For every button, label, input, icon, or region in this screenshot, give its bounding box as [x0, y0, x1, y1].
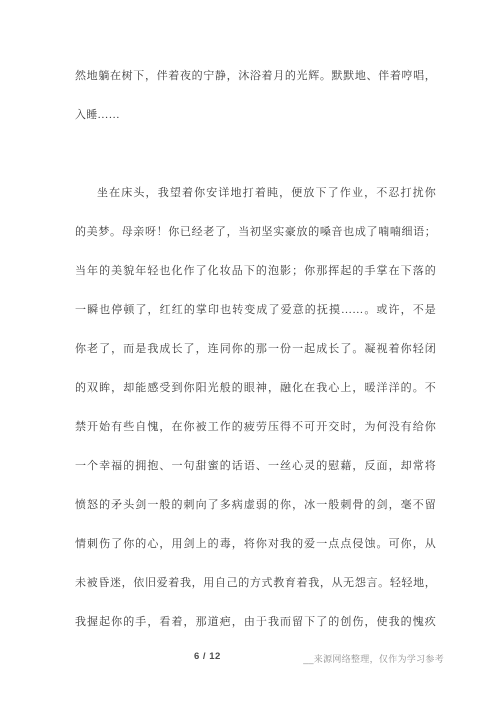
page-number: 6 / 12	[194, 651, 221, 662]
text-line: 的双眸，却能感受到你阳光般的眼神，融化在我心上，暖洋洋的。不	[75, 369, 436, 408]
text-line: 的美梦。母亲呀！你已经老了，当初坚实豪放的嗓音也成了喃喃细语；	[75, 213, 436, 252]
text-line: 愤怒的矛头剑一般的刺向了多病虚弱的你，冰一般刺骨的剑，毫不留	[75, 486, 436, 525]
text-line: 入睡……	[75, 96, 436, 135]
text-line: 当年的美貌年轻也化作了化妆品下的泡影；你那挥起的手掌在下落的	[75, 252, 436, 291]
text-line: 一个幸福的拥抱、一句甜蜜的话语、一丝心灵的慰藉，反面，却常将	[75, 447, 436, 486]
watermark-text: __来源网络整理，仅作为学习参考	[303, 652, 444, 665]
text-line: 我握起你的手，看着，那道疤，由于我而留下了的创伤，使我的愧疚	[75, 603, 436, 642]
text-line: 情刺伤了你的心，用剑上的毒，将你对我的爱一点点侵蚀。可你，从	[75, 525, 436, 564]
text-line: 你老了，而是我成长了，连同你的那一份一起成长了。凝视着你轻闭	[75, 330, 436, 369]
document-body: 然地躺在树下，伴着夜的宁静，沐浴着月的光辉。默默地、伴着哼唱， 入睡…… 坐在床…	[75, 57, 436, 642]
text-line: 未被昏迷，依旧爱着我，用自己的方式教育着我，从无怨言。轻轻地，	[75, 564, 436, 603]
text-line: 然地躺在树下，伴着夜的宁静，沐浴着月的光辉。默默地、伴着哼唱，	[75, 57, 436, 96]
document-page: 然地躺在树下，伴着夜的宁静，沐浴着月的光辉。默默地、伴着哼唱， 入睡…… 坐在床…	[0, 0, 500, 707]
text-line: 禁开始有些自愧，在你被工作的疲劳压得不可开交时，为何没有给你	[75, 408, 436, 447]
text-line: 坐在床头，我望着你安详地打着盹，便放下了作业，不忍打扰你	[75, 174, 436, 213]
text-line: 一瞬也停顿了，红红的掌印也转变成了爱意的抚摸……。或许，不是	[75, 291, 436, 330]
